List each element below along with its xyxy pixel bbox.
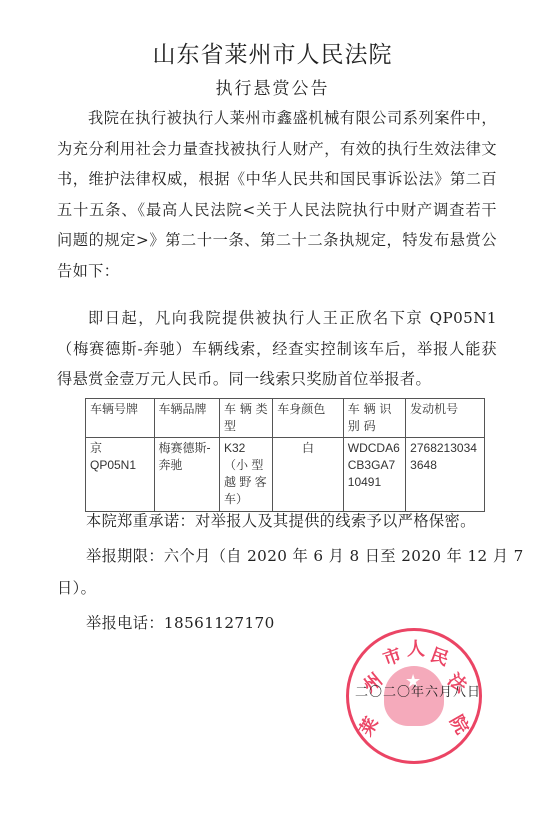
- table-header-row: 车辆号牌 车辆品牌 车 辆 类 型 车身颜色 车 辆 识 别 码 发动机号: [86, 399, 485, 438]
- seal-char: 市: [379, 641, 405, 672]
- paragraph-reward: 即日起，凡向我院提供被执行人王正欣名下京 QP05N1（梅赛德斯-奔驰）车辆线索…: [57, 303, 497, 395]
- cell-color: 白: [273, 438, 344, 512]
- header-type: 车 辆 类 型: [220, 399, 273, 438]
- issue-date: 二〇二〇年六月八日: [355, 681, 481, 700]
- table-row: 京 QP05N1 梅赛德斯-奔驰 K32（小 型 越 野 客车） 白 WDCDA…: [86, 438, 485, 512]
- cell-type: K32（小 型 越 野 客车）: [220, 438, 273, 512]
- cell-engine: 27682130343648: [406, 438, 485, 512]
- cell-brand: 梅赛德斯-奔驰: [154, 438, 219, 512]
- seal-char: 院: [444, 710, 476, 739]
- report-period-line-2: 日）。: [57, 577, 96, 598]
- cell-vin: WDCDA6CB3GA710491: [343, 438, 405, 512]
- notice-title: 执行悬赏公告: [0, 74, 545, 99]
- court-name: 山东省莱州市人民法院: [0, 36, 545, 69]
- vehicle-table: 车辆号牌 车辆品牌 车 辆 类 型 车身颜色 车 辆 识 别 码 发动机号 京 …: [85, 398, 485, 512]
- document-page: 山东省莱州市人民法院 执行悬赏公告 我院在执行被执行人莱州市鑫盛机械有限公司系列…: [0, 0, 545, 836]
- confidentiality-promise: 本院郑重承诺：对举报人及其提供的线索予以严格保密。: [86, 510, 476, 531]
- seal-char: 人: [407, 635, 425, 661]
- header-color: 车身颜色: [273, 399, 344, 438]
- report-phone: 举报电话：18561127170: [86, 612, 275, 633]
- cell-plate: 京 QP05N1: [86, 438, 155, 512]
- header-plate: 车辆号牌: [86, 399, 155, 438]
- header-engine: 发动机号: [406, 399, 485, 438]
- seal-char: 莱: [352, 712, 384, 741]
- paragraph-background: 我院在执行被执行人莱州市鑫盛机械有限公司系列案件中，为充分利用社会力量查找被执行…: [57, 103, 497, 286]
- seal-char: 民: [427, 641, 453, 672]
- header-brand: 车辆品牌: [154, 399, 219, 438]
- header-vin: 车 辆 识 别 码: [343, 399, 405, 438]
- report-period-line-1: 举报期限：六个月（自 2020 年 6 月 8 日至 2020 年 12 月 7: [86, 545, 524, 566]
